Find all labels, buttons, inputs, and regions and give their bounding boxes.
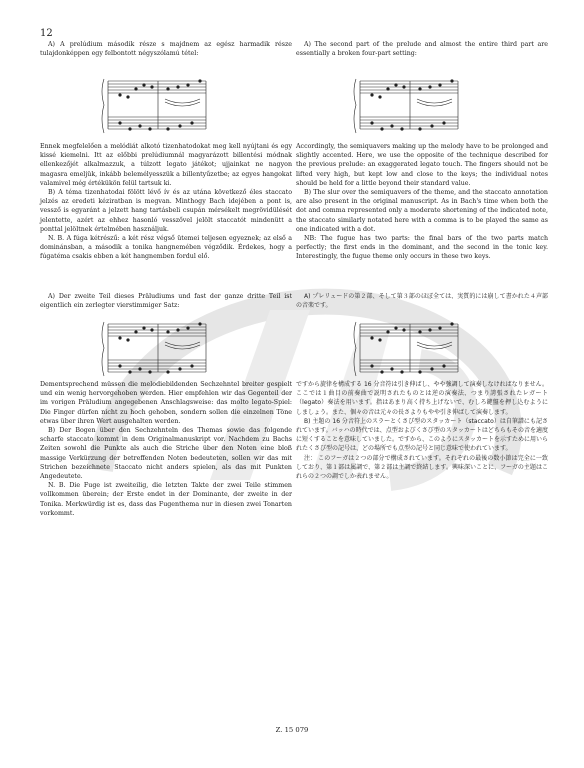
catalog-number: Z. 15 079 xyxy=(0,726,584,734)
page-number: 12 xyxy=(40,28,53,39)
japanese-body: ですから旋律を構成する 16 分音符は引き伸ばし、やや強調して演奏しなければなり… xyxy=(296,380,548,481)
music-example-icon xyxy=(100,318,208,380)
english-intro: A) The second part of the prelude and al… xyxy=(296,40,548,58)
japanese-intro: A) プレリュードの第２部、そして第３部のほぼ全ては、実質的には崩して書かれた４… xyxy=(296,292,548,310)
german-intro: A) Der zweite Teil dieses Präludiums und… xyxy=(40,292,292,310)
english-body: Accordingly, the semiquavers making up t… xyxy=(296,142,548,262)
hungarian-body: Ennek megfelelően a melódiát alkotó tize… xyxy=(40,142,292,262)
hungarian-intro: A) A prelúdium második része s majdnem a… xyxy=(40,40,292,58)
music-example-icon xyxy=(352,318,460,380)
music-example-icon xyxy=(100,75,208,137)
music-example-icon xyxy=(352,75,460,137)
german-body: Dementsprechend müssen die melodiebilden… xyxy=(40,380,292,518)
